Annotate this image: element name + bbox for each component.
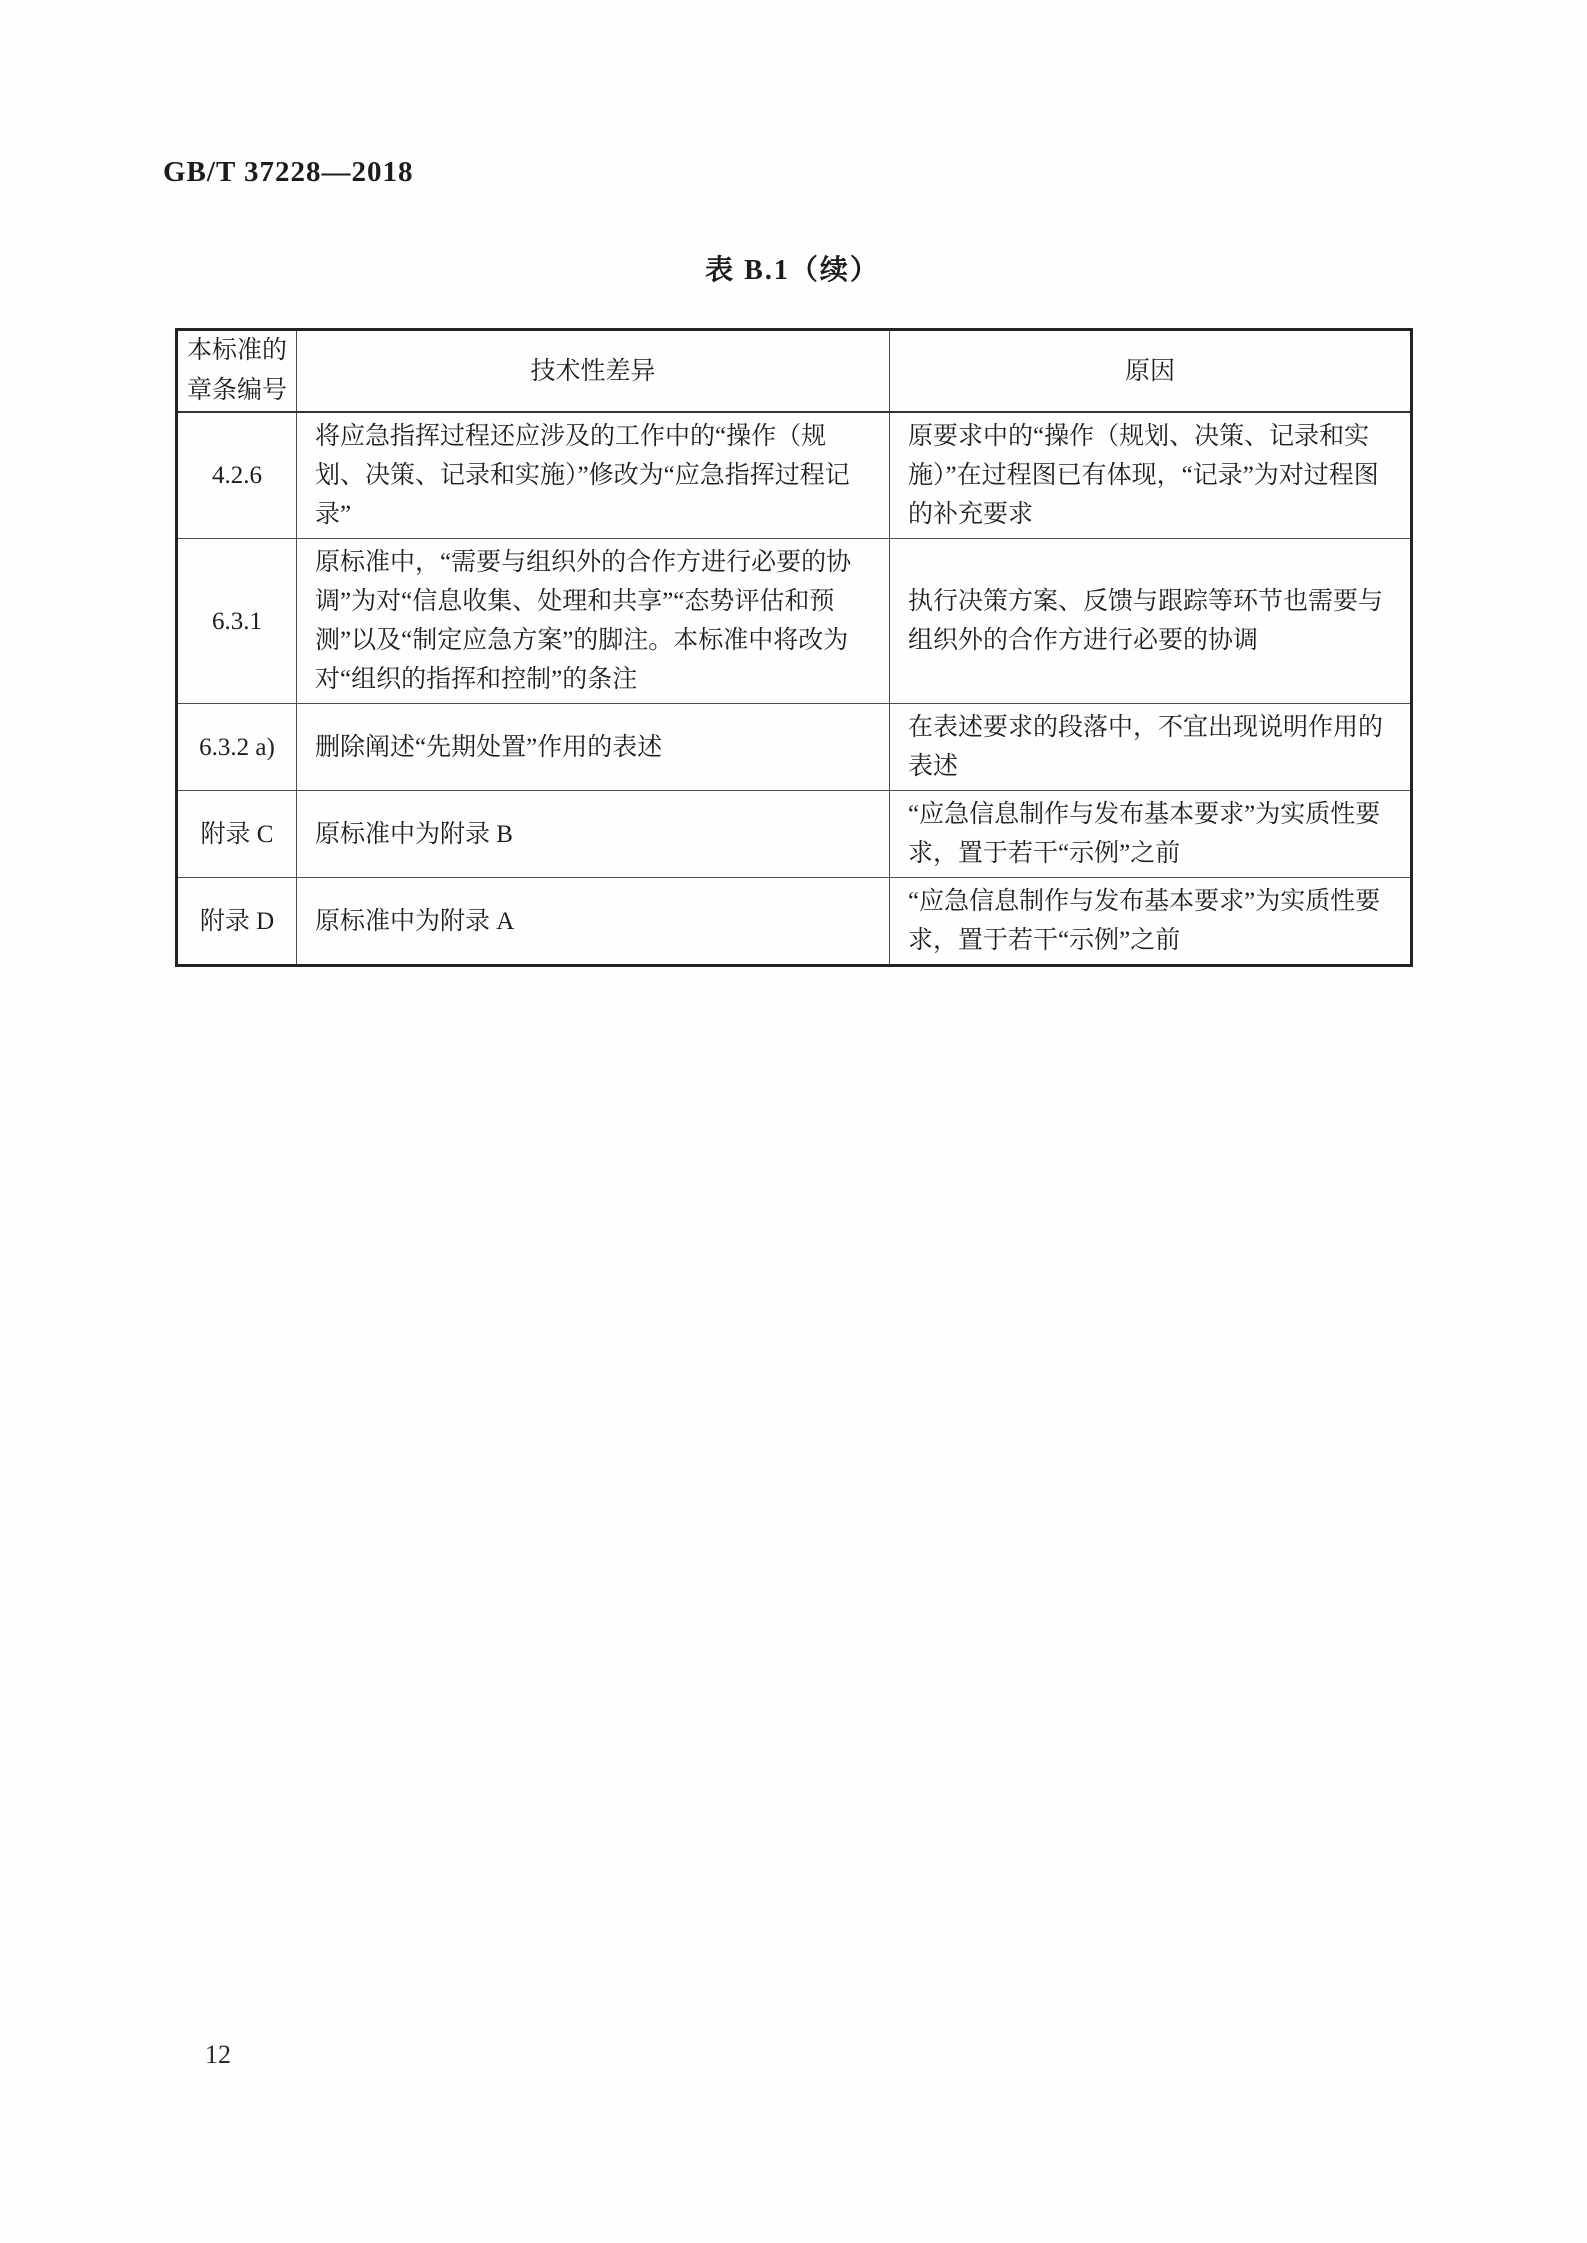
difference-cell: 原标准中为附录 A	[297, 878, 890, 966]
comparison-table: 本标准的 章条编号 技术性差异 原因 4.2.6 将应急指挥过程还应涉及的工作中…	[175, 328, 1413, 967]
table-row: 附录 D 原标准中为附录 A “应急信息制作与发布基本要求”为实质性要求，置于若…	[177, 878, 1412, 966]
difference-cell: 删除阐述“先期处置”作用的表述	[297, 704, 890, 791]
clause-cell: 附录 D	[177, 878, 297, 966]
clause-cell: 4.2.6	[177, 412, 297, 539]
reason-cell: 执行决策方案、反馈与跟踪等环节也需要与组织外的合作方进行必要的协调	[890, 539, 1412, 704]
reason-cell: 在表述要求的段落中，不宜出现说明作用的表述	[890, 704, 1412, 791]
standard-code: GB/T 37228—2018	[163, 156, 414, 189]
header-clause-line1: 本标准的	[184, 331, 290, 371]
header-clause-number: 本标准的 章条编号	[177, 330, 297, 413]
table-title: 表 B.1（续）	[175, 248, 1410, 288]
clause-cell: 6.3.1	[177, 539, 297, 704]
header-technical-difference: 技术性差异	[297, 330, 890, 413]
clause-cell: 6.3.2 a)	[177, 704, 297, 791]
table-row: 6.3.2 a) 删除阐述“先期处置”作用的表述 在表述要求的段落中，不宜出现说…	[177, 704, 1412, 791]
reason-cell: 原要求中的“操作（规划、决策、记录和实施）”在过程图已有体现，“记录”为对过程图…	[890, 412, 1412, 539]
reason-cell: “应急信息制作与发布基本要求”为实质性要求，置于若干“示例”之前	[890, 791, 1412, 878]
table-header-row: 本标准的 章条编号 技术性差异 原因	[177, 330, 1412, 413]
table-row: 4.2.6 将应急指挥过程还应涉及的工作中的“操作（规划、决策、记录和实施）”修…	[177, 412, 1412, 539]
table-row: 6.3.1 原标准中，“需要与组织外的合作方进行必要的协调”为对“信息收集、处理…	[177, 539, 1412, 704]
reason-cell: “应急信息制作与发布基本要求”为实质性要求，置于若干“示例”之前	[890, 878, 1412, 966]
header-clause-line2: 章条编号	[184, 371, 290, 411]
header-reason: 原因	[890, 330, 1412, 413]
document-page: GB/T 37228—2018 表 B.1（续） 本标准的 章条编号 技术性差异…	[0, 0, 1587, 2243]
difference-cell: 原标准中，“需要与组织外的合作方进行必要的协调”为对“信息收集、处理和共享”“态…	[297, 539, 890, 704]
difference-cell: 将应急指挥过程还应涉及的工作中的“操作（规划、决策、记录和实施）”修改为“应急指…	[297, 412, 890, 539]
page-number: 12	[205, 2040, 231, 2070]
table-row: 附录 C 原标准中为附录 B “应急信息制作与发布基本要求”为实质性要求，置于若…	[177, 791, 1412, 878]
clause-cell: 附录 C	[177, 791, 297, 878]
difference-cell: 原标准中为附录 B	[297, 791, 890, 878]
